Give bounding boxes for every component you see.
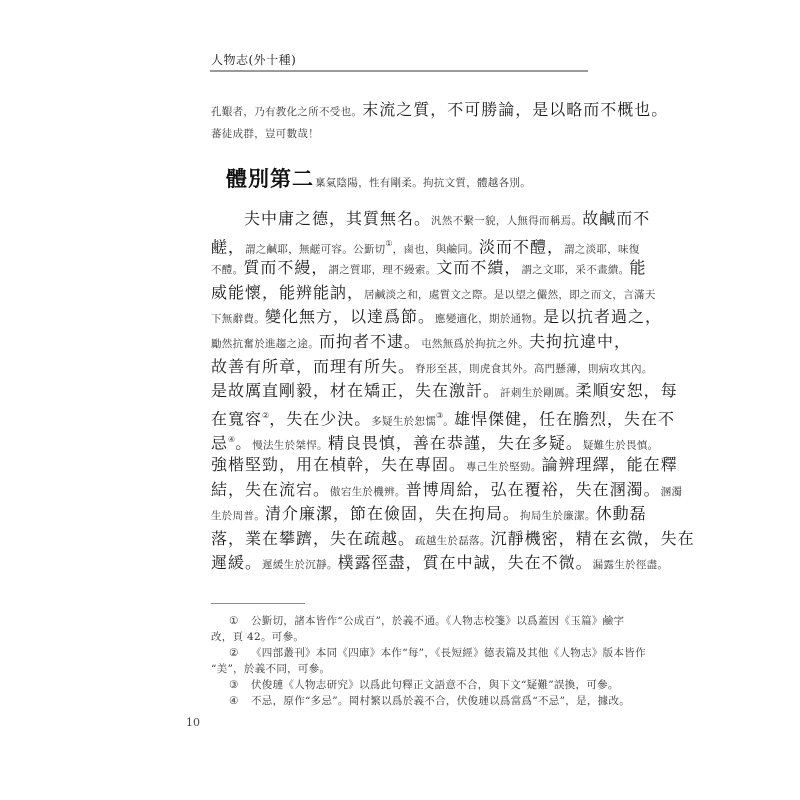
footnote-line: ③伏俊璉《人物志研究》以爲此句釋正文語意不合，與下文“疑難”誤換，可參。 [211, 677, 591, 693]
footnote-line: ①公斳切，諸本皆作“公成百”，於義不通。《人物志校箋》以爲蓋因《玉篇》鹼字 [211, 613, 591, 629]
text-line: 生於周普。清介廉潔，節在儉固，失在拘局。拘局生於廉潔。休動磊 [211, 502, 591, 527]
annotation-text: 謂之淡耶，味復 [564, 243, 640, 255]
footnote-text: 伏俊璉《人物志研究》以爲此句釋正文語意不合，與下文“疑難”誤換，可參。 [251, 679, 619, 691]
footnote-text: 公斳切，諸本皆作“公成百”，於義不通。《人物志校箋》以爲蓋因《玉篇》鹼字 [251, 615, 624, 627]
footnote-number: ① [229, 613, 251, 629]
running-head: 人物志(外十種) [211, 51, 296, 68]
main-text: 遲緩。 [211, 553, 262, 572]
text-line: 是故厲直剛毅，材在矯正，失在激訐。訐刺生於剛厲。柔順安恕，每 [211, 379, 591, 404]
annotation-text: 疏越生於磊落。 [415, 535, 491, 547]
page-number: 10 [186, 716, 200, 729]
text-line: 結，失在流宕。傲宕生於機辨。普博周給，弘在覆裕，失在溷濁。溷濁 [211, 478, 591, 503]
main-text: 而拘者不逮。 [319, 332, 421, 351]
main-text: 是以抗者過之， [543, 307, 662, 326]
annotation-text: 謂之文耶，采不畫繢。 [521, 264, 629, 276]
main-text: 普博周給，弘在覆裕，失在溷濁。 [406, 480, 661, 499]
annotation-text: 蕃徒成群，豈可數哉！ [211, 128, 319, 140]
footnote-text: 不忌，原作“多忌”。岡村繁以爲於義不合，伏俊璉以爲當爲“不忌”，是，據改。 [251, 695, 630, 707]
text-line: 勵然抗奮於進趨之途。而拘者不逮。屯然無爲於拘抗之外。夫拘抗違中， [211, 330, 591, 355]
main-text: 故鹹而不 [582, 209, 650, 228]
footnote-line: 改，頁 42。可參。 [211, 629, 591, 645]
annotation-text: 疑難生於畏慎。 [583, 440, 659, 452]
chapter-heading: 體別第二稟氣陰陽，性有剛柔。拘抗文質，體越各別。 [226, 163, 531, 193]
annotation-text: 應變適化，期於通物。 [435, 313, 543, 325]
footnote-text: 《四部叢刊》本同《四庫》本作“每”，《長短經》德表篇及其他《人物志》版本皆作 [251, 647, 646, 659]
footnotes: ①公斳切，諸本皆作“公成百”，於義不通。《人物志校箋》以爲蓋因《玉篇》鹼字改，頁… [211, 613, 591, 709]
annotation-text: 汎然不繫一貌，人無得而稱焉。 [431, 215, 582, 227]
main-text: 雄悍傑健，任在膽烈，失在不 [454, 409, 675, 428]
main-text: 。 [235, 434, 252, 453]
annotation-text: 漏露生於徑盡。 [593, 559, 669, 571]
footnote-text: “美”，於義不同，可參。 [211, 663, 330, 675]
text-line: 遲緩。遲緩生於沉靜。樸露徑盡，質在中誠，失在不微。漏露生於徑盡。 [211, 551, 591, 576]
main-text: 落，業在攀躋，失在疏越。 [211, 529, 415, 548]
main-text: 質而不縵， [243, 258, 328, 277]
main-text: 休動磊 [596, 504, 647, 523]
footnote-line: ②《四部叢刊》本同《四庫》本作“每”，《長短經》德表篇及其他《人物志》版本皆作 [211, 645, 591, 661]
main-text: 變化無方，以達爲節。 [265, 307, 435, 326]
text-line: 鹺，謂之鹹耶，無鹺可容。公斳切①，鹵也，與鹼同。淡而不醴，謂之淡耶，味復 [211, 232, 591, 257]
annotation-text: 屯然無爲於拘抗之外。 [421, 338, 529, 350]
footnote-line: “美”，於義不同，可參。 [211, 661, 591, 677]
main-text: 是故厲直剛毅，材在矯正，失在激訐。 [211, 381, 500, 400]
text-line: 威能懷，能辨能訥，居鹹淡之和，處質文之際。是以望之儼然，即之而文，言滿天 [211, 281, 591, 306]
main-text: ，失在少決。 [269, 409, 371, 428]
text-line: 故善有所章，而理有所失。脊形至甚，則虎食其外。高門懸薄，則病攻其內。 [211, 355, 591, 380]
main-text: 清介廉潔，節在儉固，失在拘局。 [265, 504, 520, 523]
footnote-number: ④ [229, 693, 251, 709]
main-text: 淡而不醴， [479, 237, 564, 256]
footnote-number: ② [229, 645, 251, 661]
continuation-line-1: 孔艱者，乃有教化之所不受也。末流之質，不可勝論，是以略而不概也。 [211, 97, 591, 120]
annotation-text: 下無辭費。 [211, 313, 265, 325]
main-text: 強楷堅勁，用在楨幹，失在專固。 [211, 455, 466, 474]
main-text: 末流之質，不可勝論，是以略而不概也。 [362, 100, 668, 119]
main-text: 夫拘抗違中， [529, 332, 631, 351]
annotation-text: 脊形至甚，則虎食其外。高門懸薄，則病攻其內。 [415, 363, 653, 375]
footnote-marker: ① [385, 239, 392, 248]
main-text: 威能懷，能辨能訥， [211, 283, 364, 302]
annotation-text: 拘局生於廉潔。 [520, 510, 596, 522]
text-line: 夫中庸之德，其質無名。汎然不繫一貌，人無得而稱焉。故鹹而不 [211, 207, 591, 232]
main-text: 柔順安恕，每 [576, 381, 678, 400]
annotation-text: 勵然抗奮於進趨之途。 [211, 338, 319, 350]
chapter-subtitle: 稟氣陰陽，性有剛柔。拘抗文質，體越各別。 [315, 177, 531, 189]
chapter-title: 體別第二 [226, 167, 314, 191]
annotation-text: 不醴。 [211, 264, 243, 276]
annotation-text: 生於周普。 [211, 510, 265, 522]
main-text: 忌 [211, 434, 228, 453]
annotation-text: 謂之鹹耶，無鹺可容。公斳切 [245, 243, 385, 255]
footnote-number: ③ [229, 677, 251, 693]
header-rule [210, 70, 588, 72]
continuation-line-2: 蕃徒成群，豈可數哉！ [211, 122, 591, 141]
annotation-text: ，鹵也，與鹼同。 [393, 243, 479, 255]
annotation-text: 。 [443, 415, 454, 427]
main-text: 文而不繢， [436, 258, 521, 277]
annotation-text: 傲宕生於機辨。 [330, 486, 406, 498]
annotation-text: 遲緩生於沉靜。 [262, 559, 338, 571]
annotation-text: 孔艱者，乃有教化之所不受也。 [211, 106, 362, 118]
annotation-text: 慢法生於桀悍。 [252, 440, 328, 452]
annotation-text: 訐刺生於剛厲。 [500, 387, 576, 399]
annotation-text: 專己生於堅勁。 [466, 461, 542, 473]
text-line: 下無辭費。變化無方，以達爲節。應變適化，期於通物。是以抗者過之， [211, 305, 591, 330]
body-text: 夫中庸之德，其質無名。汎然不繫一貌，人無得而稱焉。故鹹而不鹺，謂之鹹耶，無鹺可容… [211, 207, 591, 576]
text-line: 落，業在攀躋，失在疏越。疏越生於磊落。沉靜機密，精在玄微，失在 [211, 527, 591, 552]
main-text: 樸露徑盡，質在中誠，失在不微。 [338, 553, 593, 572]
main-text: 鹺， [211, 237, 245, 256]
text-line: 在寬容②，失在少決。多疑生於恕懦③。雄悍傑健，任在膽烈，失在不 [211, 404, 591, 429]
annotation-text: 多疑生於恕懦 [371, 415, 436, 427]
annotation-text: 溷濁 [661, 486, 683, 498]
text-line: 不醴。質而不縵，謂之質耶，理不縵索。文而不繢，謂之文耶，采不畫繢。能 [211, 256, 591, 281]
main-text: 在寬容 [211, 409, 262, 428]
main-text: 結，失在流宕。 [211, 480, 330, 499]
footnote-text: 改，頁 42。可參。 [211, 631, 304, 643]
footnote-rule [211, 603, 305, 604]
text-line: 強楷堅勁，用在楨幹，失在專固。專己生於堅勁。論辨理繹，能在釋 [211, 453, 591, 478]
main-text: 故善有所章，而理有所失。 [211, 357, 415, 376]
book-page: 人物志(外十種) 孔艱者，乃有教化之所不受也。末流之質，不可勝論，是以略而不概也… [0, 0, 800, 800]
text-line: 忌④。慢法生於桀悍。精良畏慎，善在恭謹，失在多疑。疑難生於畏慎。 [211, 428, 591, 453]
main-text: 沉靜機密，精在玄微，失在 [491, 529, 695, 548]
main-text: 夫中庸之德，其質無名。 [244, 209, 431, 228]
annotation-text: 居鹹淡之和，處質文之際。是以望之儼然，即之而文，言滿天 [364, 289, 656, 301]
footnote-line: ④不忌，原作“多忌”。岡村繁以爲於義不合，伏俊璉以爲當爲“不忌”，是，據改。 [211, 693, 591, 709]
main-text: 精良畏慎，善在恭謹，失在多疑。 [328, 434, 583, 453]
main-text: 能 [629, 258, 646, 277]
main-text: 論辨理繹，能在釋 [542, 455, 678, 474]
annotation-text: 謂之質耶，理不縵索。 [328, 264, 436, 276]
